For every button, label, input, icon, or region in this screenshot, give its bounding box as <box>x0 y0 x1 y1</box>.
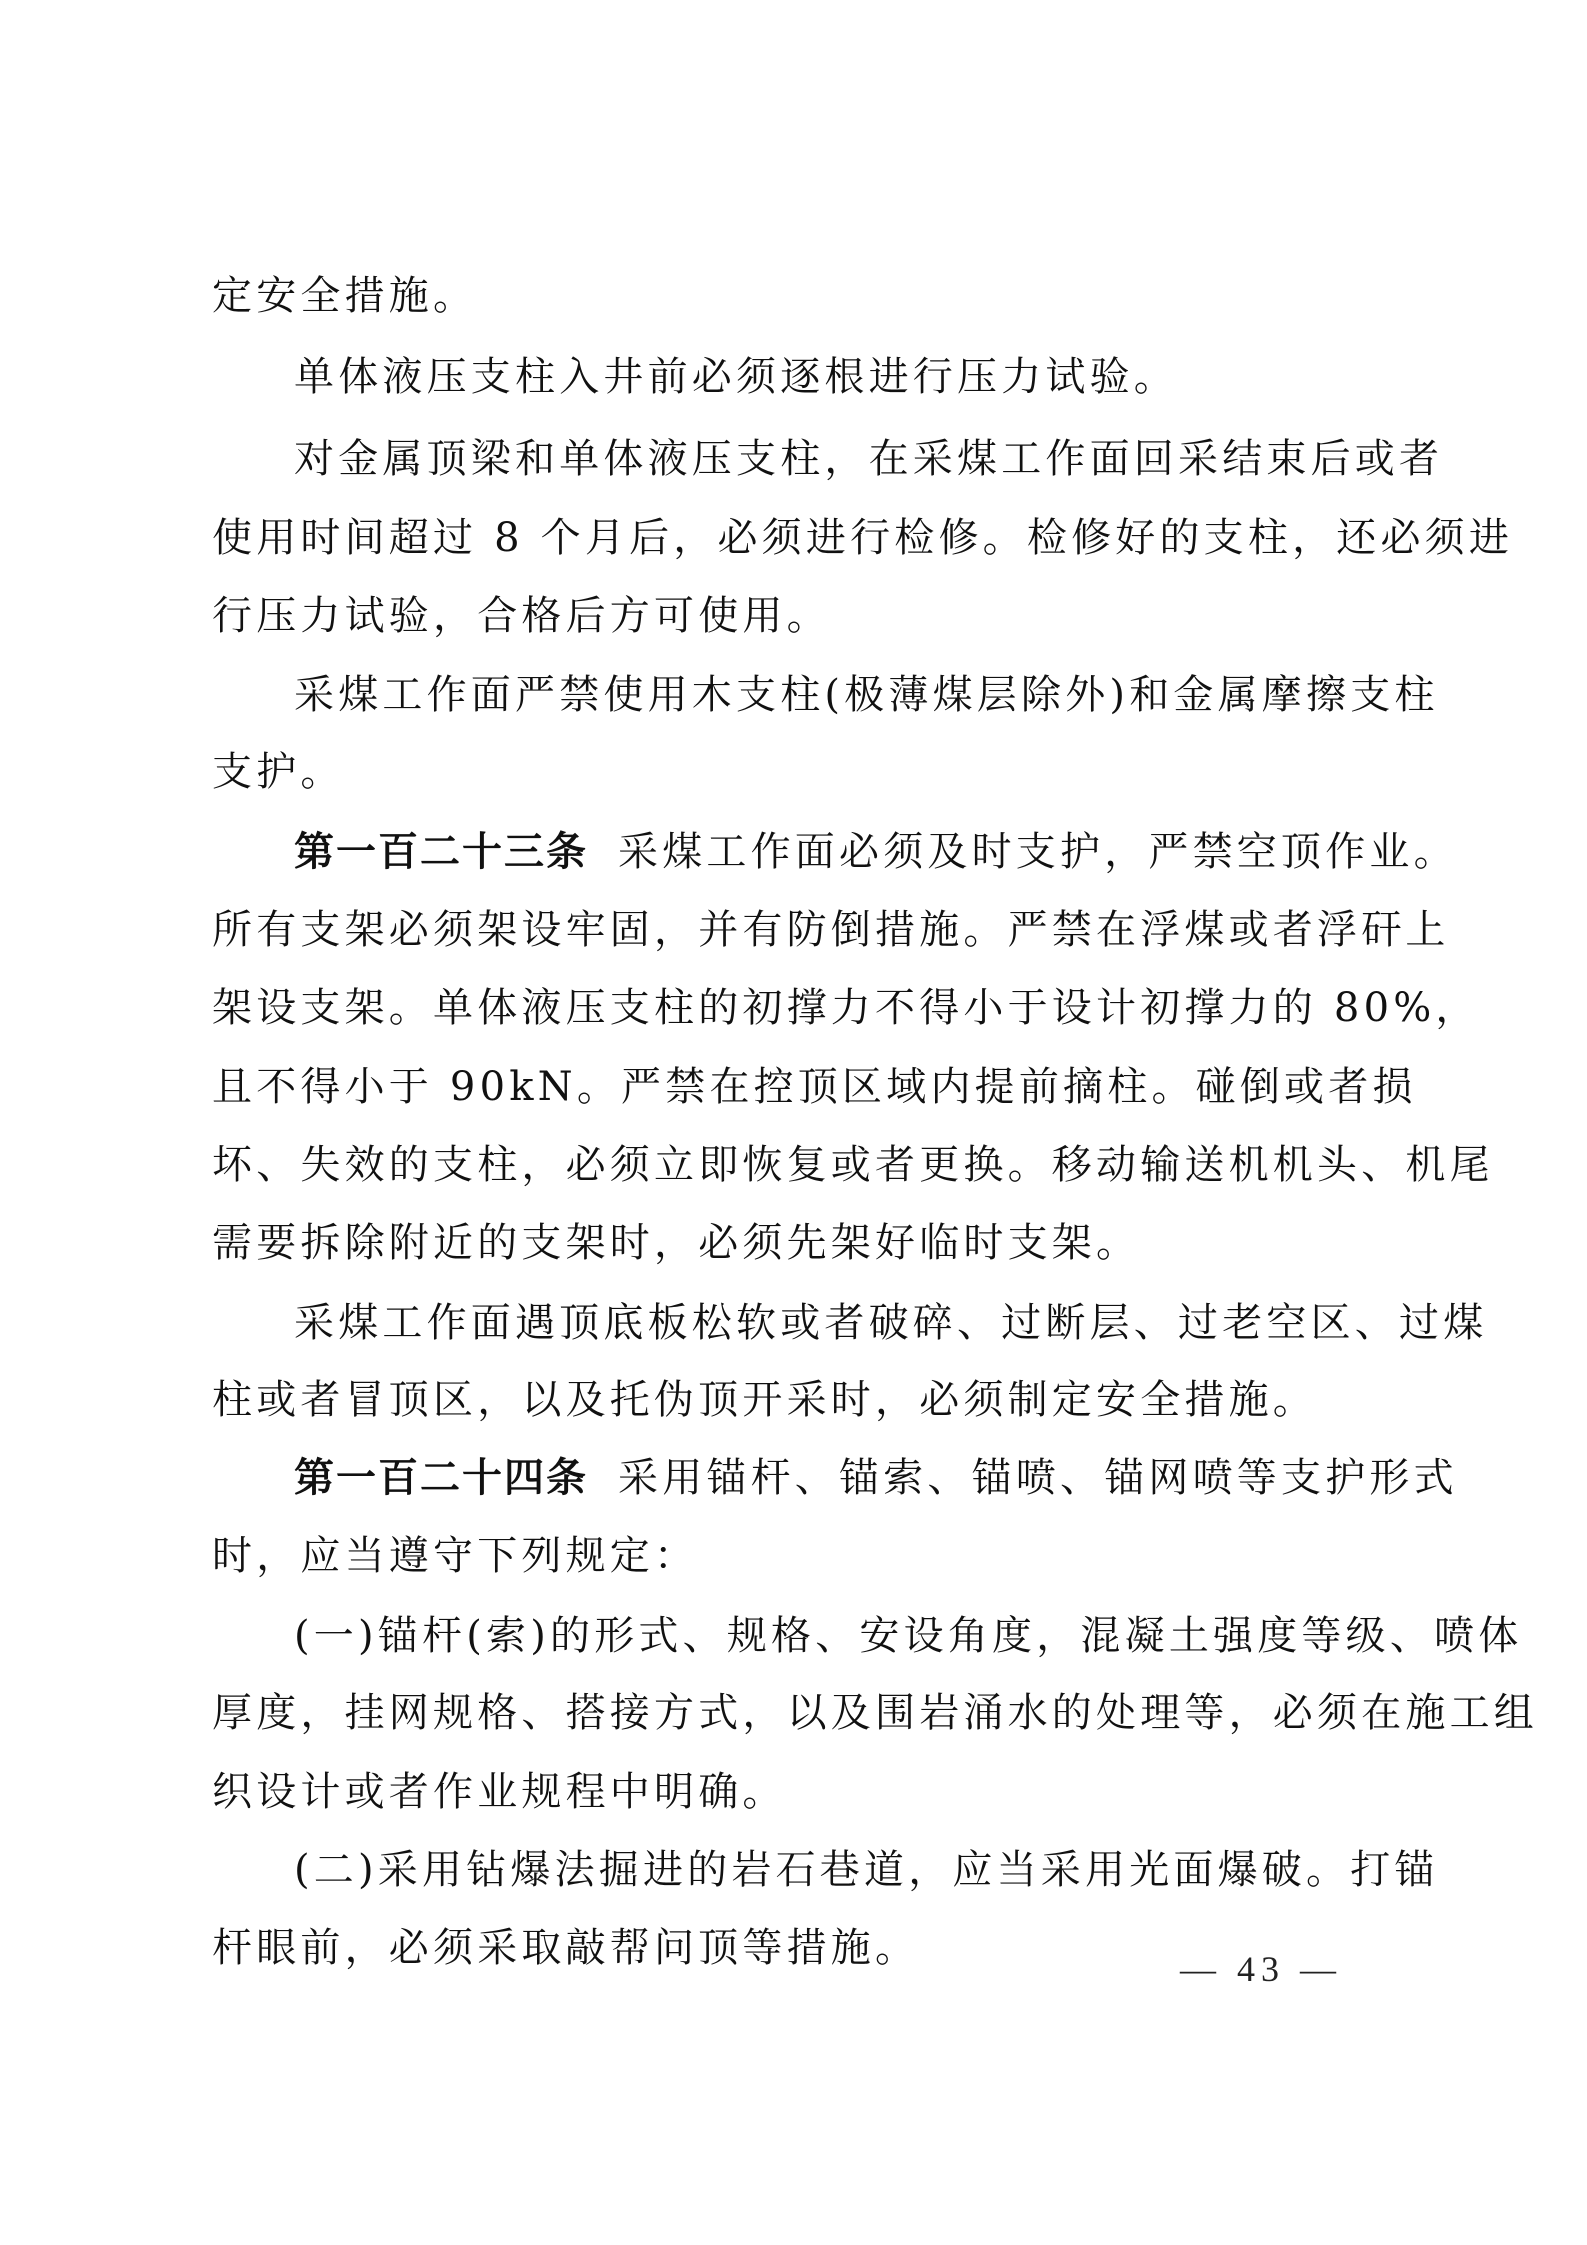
text-line: 时，应当遵守下列规定： <box>212 1530 1380 1582</box>
text-line: 所有支架必须架设牢固，并有防倒措施。严禁在浮煤或者浮矸上 <box>212 904 1380 956</box>
text-line: 架设支架。单体液压支柱的初撑力不得小于设计初撑力的 80%， <box>212 982 1380 1034</box>
article-124-line: 第一百二十四条采用锚杆、锚索、锚喷、锚网喷等支护形式 <box>294 1452 1380 1504</box>
text-line: 支护。 <box>212 746 1380 798</box>
article-123-line: 第一百二十三条采煤工作面必须及时支护，严禁空顶作业。 <box>294 826 1380 878</box>
article-text: 采用锚杆、锚索、锚喷、锚网喷等支护形式 <box>618 1455 1458 1501</box>
text-line: 采煤工作面遇顶底板松软或者破碎、过断层、过老空区、过煤 <box>294 1297 1380 1349</box>
article-heading: 第一百二十三条 <box>294 829 588 875</box>
text-line: 坏、失效的支柱，必须立即恢复或者更换。移动输送机机头、机尾 <box>212 1139 1380 1191</box>
text-line: 采煤工作面严禁使用木支柱(极薄煤层除外)和金属摩擦支柱 <box>294 669 1380 721</box>
text-line: 柱或者冒顶区，以及托伪顶开采时，必须制定安全措施。 <box>212 1374 1380 1426</box>
text-line: (二)采用钻爆法掘进的岩石巷道，应当采用光面爆破。打锚 <box>294 1844 1380 1896</box>
text-line: (一)锚杆(索)的形式、规格、安设角度，混凝土强度等级、喷体 <box>294 1610 1380 1662</box>
document-page: 定安全措施。 单体液压支柱入井前必须逐根进行压力试验。 对金属顶梁和单体液压支柱… <box>0 0 1587 2245</box>
text-line: 需要拆除附近的支架时，必须先架好临时支架。 <box>212 1217 1380 1269</box>
text-line: 对金属顶梁和单体液压支柱，在采煤工作面回采结束后或者 <box>294 433 1380 485</box>
text-line: 厚度，挂网规格、搭接方式，以及围岩涌水的处理等，必须在施工组 <box>212 1687 1380 1739</box>
text-line: 织设计或者作业规程中明确。 <box>212 1766 1380 1818</box>
text-line: 行压力试验，合格后方可使用。 <box>212 590 1380 642</box>
article-text: 采煤工作面必须及时支护，严禁空顶作业。 <box>618 829 1458 875</box>
text-line: 定安全措施。 <box>212 270 1380 322</box>
article-heading: 第一百二十四条 <box>294 1455 588 1501</box>
text-line: 单体液压支柱入井前必须逐根进行压力试验。 <box>294 351 1380 403</box>
text-line: 使用时间超过 8 个月后，必须进行检修。检修好的支柱，还必须进 <box>212 512 1380 564</box>
page-number: — 43 — <box>1180 1948 1342 1990</box>
text-line: 且不得小于 90kN。严禁在控顶区域内提前摘柱。碰倒或者损 <box>212 1061 1380 1113</box>
